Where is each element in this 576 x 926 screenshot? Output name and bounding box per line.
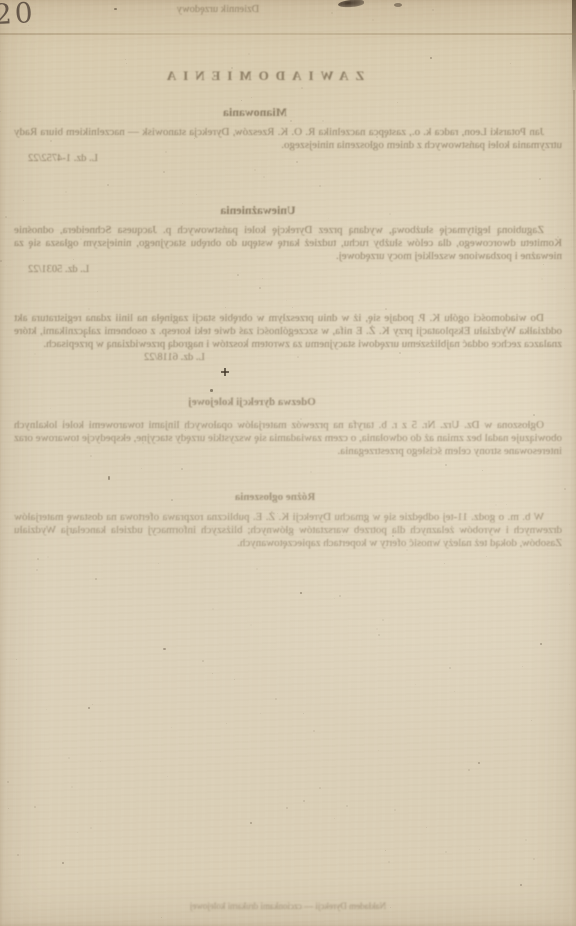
paper-speck <box>385 850 386 851</box>
paper-speck <box>47 556 49 558</box>
paper-speck <box>533 858 535 860</box>
paper-speck <box>339 595 341 597</box>
paper-speck <box>300 592 302 594</box>
bleed-paragraph-1: Jan Potarski Leon, radca k. o., zastępca… <box>14 126 562 165</box>
paper-speck <box>275 698 277 700</box>
paper-speck <box>254 169 256 171</box>
paper-speck <box>569 584 570 585</box>
paper-speck <box>430 57 432 59</box>
paper-speck <box>415 684 416 685</box>
paper-speck <box>95 578 97 580</box>
bleed-paragraph-5: W b. m. o godz. 11-tej odbędzie się w gm… <box>14 511 562 550</box>
paper-speck <box>445 851 447 853</box>
paper-speck <box>372 19 374 21</box>
paper-speck <box>334 598 335 599</box>
paper-speck <box>531 720 532 721</box>
bleed-footer-line: Nakładem Dyrekcji — czcionkami drukarni … <box>138 900 438 913</box>
paper-speck <box>394 809 396 811</box>
paper-speck <box>126 63 127 64</box>
plus-ink-mark <box>221 368 229 376</box>
paper-speck <box>181 468 183 470</box>
paper-speck <box>210 389 213 392</box>
paper-speck <box>88 308 90 310</box>
paper-speck <box>454 691 455 692</box>
ink-blot <box>338 0 364 8</box>
paper-speck <box>479 849 480 850</box>
paper-speck <box>250 624 252 626</box>
paper-speck <box>7 781 9 783</box>
paper-speck <box>419 372 420 373</box>
bleed-paragraph-4-text: Ogłoszona w Dz. Urz. Nr. 5 z r. b. taryf… <box>14 419 562 458</box>
paper-speck <box>541 278 543 280</box>
bleed-paragraph-3: Do wiadomości ogółu K. P. podaje się, iż… <box>14 312 562 364</box>
paper-speck <box>167 776 168 777</box>
paper-speck <box>114 8 117 10</box>
paper-speck <box>108 476 110 480</box>
bleed-paragraph-1-text: Jan Potarski Leon, radca k. o., zastępca… <box>14 126 562 152</box>
paper-speck <box>61 3 62 4</box>
paper-speck <box>334 818 335 819</box>
paper-speck <box>158 563 159 564</box>
bleed-heading-mianowania: Mianowania <box>0 106 510 119</box>
paper-speck <box>161 917 162 918</box>
paper-speck <box>8 808 9 809</box>
bleed-paragraph-3-text: Do wiadomości ogółu K. P. podaje się, iż… <box>14 312 562 351</box>
paper-speck <box>303 800 305 802</box>
paper-speck <box>71 786 73 788</box>
bleed-heading-uniewaznienia: Unieważnienia <box>0 204 516 217</box>
paper-speck <box>564 488 566 490</box>
bleed-ref-3: L. dz. 6118/22 <box>14 351 562 364</box>
paper-speck <box>382 619 384 621</box>
paper-speck <box>331 12 333 14</box>
paper-speck <box>445 464 447 466</box>
bleed-running-header: Dziennik urzędowy <box>128 3 308 16</box>
paper-speck <box>313 730 315 732</box>
paper-speck <box>226 723 227 724</box>
paper-speck <box>525 839 527 841</box>
scanned-page: 20 Dziennik urzędowy ZAWIADOMIENIA Miano… <box>0 0 576 926</box>
paper-speck <box>77 832 78 833</box>
paper-speck <box>290 120 292 122</box>
paper-speck <box>522 666 523 667</box>
paper-speck <box>251 97 252 98</box>
paper-speck <box>540 643 542 645</box>
paper-speck <box>256 568 258 570</box>
paper-speck <box>92 704 93 705</box>
paper-speck <box>319 787 321 789</box>
paper-speck <box>212 608 214 610</box>
paper-speck <box>444 563 445 564</box>
paper-speck <box>65 191 67 193</box>
paper-speck <box>468 769 470 771</box>
paper-speck <box>292 307 293 308</box>
paper-speck <box>328 218 329 219</box>
paper-speck <box>196 194 197 195</box>
header-rule <box>0 33 576 35</box>
paper-speck <box>250 822 252 824</box>
paper-speck <box>495 504 497 506</box>
paper-speck <box>16 659 17 660</box>
paper-speck <box>171 727 172 728</box>
paper-speck <box>46 709 47 710</box>
ink-dot <box>394 3 402 7</box>
bleed-section-title: ZAWIADOMIENIA <box>0 69 524 82</box>
bleed-paragraph-4: Ogłoszona w Dz. Urz. Nr. 5 z r. b. taryf… <box>14 419 562 458</box>
paper-speck <box>564 288 565 289</box>
page-edge-shadow-faint <box>573 90 575 310</box>
paper-speck <box>262 278 263 279</box>
bleed-heading-rozne: Różne ogłoszenia <box>0 491 550 504</box>
bleed-paragraph-5-text: W b. m. o godz. 11-tej odbędzie się w gm… <box>14 511 562 550</box>
paper-speck <box>241 100 242 101</box>
paper-speck <box>97 291 98 292</box>
paper-speck <box>286 300 287 301</box>
paper-speck <box>388 861 390 863</box>
paper-speck <box>163 648 166 650</box>
paper-speck <box>385 308 387 310</box>
paper-speck <box>322 120 324 122</box>
paper-speck <box>90 827 92 829</box>
paper-speck <box>107 184 109 186</box>
paper-speck <box>569 38 570 39</box>
paper-speck <box>17 854 19 856</box>
bleed-paragraph-2-text: Zagubioną legitymację służbową, wydaną p… <box>14 224 562 263</box>
paper-speck <box>301 87 303 89</box>
paper-speck <box>319 185 321 187</box>
handwritten-page-number: 20 <box>0 0 36 31</box>
paper-speck <box>378 750 379 751</box>
paper-speck <box>88 707 90 709</box>
paper-speck <box>212 673 213 674</box>
paper-speck <box>68 757 70 759</box>
paper-speck <box>570 193 571 194</box>
paper-speck <box>100 761 101 762</box>
paper-speck <box>23 200 24 201</box>
paper-speck <box>62 862 64 864</box>
bleed-ref-2: L. dz. 5031/22 <box>14 263 562 276</box>
paper-speck <box>0 260 2 262</box>
paper-speck <box>259 287 261 289</box>
page-edge-shadow <box>572 0 576 96</box>
paper-speck <box>449 667 451 669</box>
paper-speck <box>225 307 226 308</box>
bleed-heading-odezwa: Odezwa dyrekcji kolejowej <box>0 396 504 409</box>
paper-speck <box>141 468 142 469</box>
paper-speck <box>310 471 312 473</box>
paper-speck <box>482 470 483 471</box>
bleed-paragraph-2: Zagubioną legitymację służbową, wydaną p… <box>14 224 562 276</box>
paper-speck <box>6 265 7 266</box>
paper-speck <box>520 884 522 886</box>
paper-speck <box>260 713 261 714</box>
paper-speck <box>303 713 304 714</box>
paper-speck <box>163 171 165 173</box>
paper-speck <box>234 679 235 680</box>
paper-speck <box>378 634 380 636</box>
paper-speck <box>432 9 434 11</box>
paper-speck <box>478 762 480 764</box>
paper-speck <box>397 102 398 103</box>
paper-speck <box>34 806 36 808</box>
paper-speck <box>286 807 288 809</box>
paper-speck <box>202 660 204 662</box>
paper-speck <box>539 178 541 180</box>
paper-speck <box>533 414 535 416</box>
paper-speck <box>376 628 378 630</box>
paper-speck <box>426 827 427 828</box>
paper-speck <box>37 558 39 560</box>
paper-speck <box>486 556 487 557</box>
bleed-ref-1: L. dz. 1-4752/22 <box>14 152 562 165</box>
paper-speck <box>346 805 348 807</box>
paper-speck <box>506 504 507 505</box>
paper-speck <box>510 63 511 64</box>
paper-speck <box>263 176 265 178</box>
paper-speck <box>248 53 250 55</box>
paper-speck <box>36 569 38 571</box>
paper-speck <box>125 59 126 60</box>
